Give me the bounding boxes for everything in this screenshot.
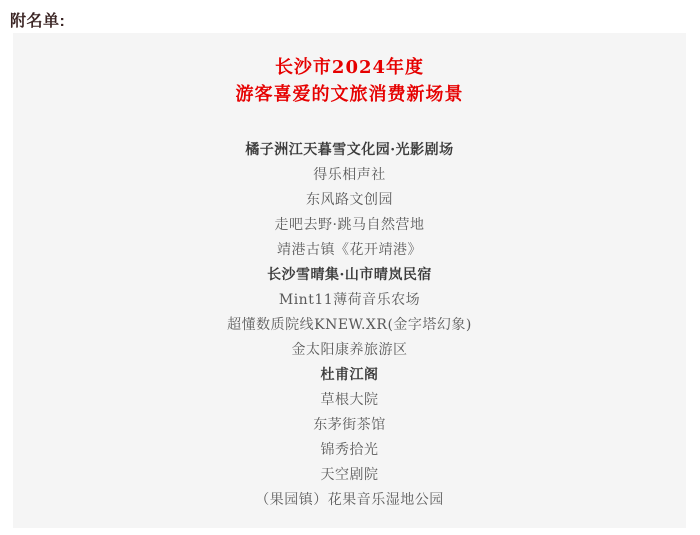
list-item: 长沙雪晴集·山市晴岚民宿: [13, 263, 686, 288]
list-item: 杜甫江阁: [13, 363, 686, 388]
list-item: 靖港古镇《花开靖港》: [13, 238, 686, 263]
list-item: Mint11薄荷音乐农场: [13, 288, 686, 313]
list-item: 东风路文创园: [13, 188, 686, 213]
list-item: 金太阳康养旅游区: [13, 338, 686, 363]
list-item: 超懂数质院线KNEW.XR(金字塔幻象): [13, 313, 686, 338]
panel-title-line2: 游客喜爱的文旅消费新场景: [13, 81, 686, 108]
attachment-label: 附名单:: [10, 8, 65, 31]
scene-list: 橘子洲江天暮雪文化园·光影剧场得乐相声社东风路文创园走吧去野·跳马自然营地靖港古…: [13, 138, 686, 513]
panel-title-line1: 长沙市2024年度: [13, 54, 686, 81]
list-item: 天空剧院: [13, 463, 686, 488]
list-item: 东茅街茶馆: [13, 413, 686, 438]
list-item: 得乐相声社: [13, 163, 686, 188]
announcement-panel: 长沙市2024年度 游客喜爱的文旅消费新场景 橘子洲江天暮雪文化园·光影剧场得乐…: [13, 33, 686, 528]
list-item: 草根大院: [13, 388, 686, 413]
list-item: 锦秀拾光: [13, 438, 686, 463]
list-item: 走吧去野·跳马自然营地: [13, 213, 686, 238]
list-item: 橘子洲江天暮雪文化园·光影剧场: [13, 138, 686, 163]
list-item: （果园镇）花果音乐湿地公园: [13, 488, 686, 513]
page: 附名单: 长沙市2024年度 游客喜爱的文旅消费新场景 橘子洲江天暮雪文化园·光…: [0, 0, 700, 535]
